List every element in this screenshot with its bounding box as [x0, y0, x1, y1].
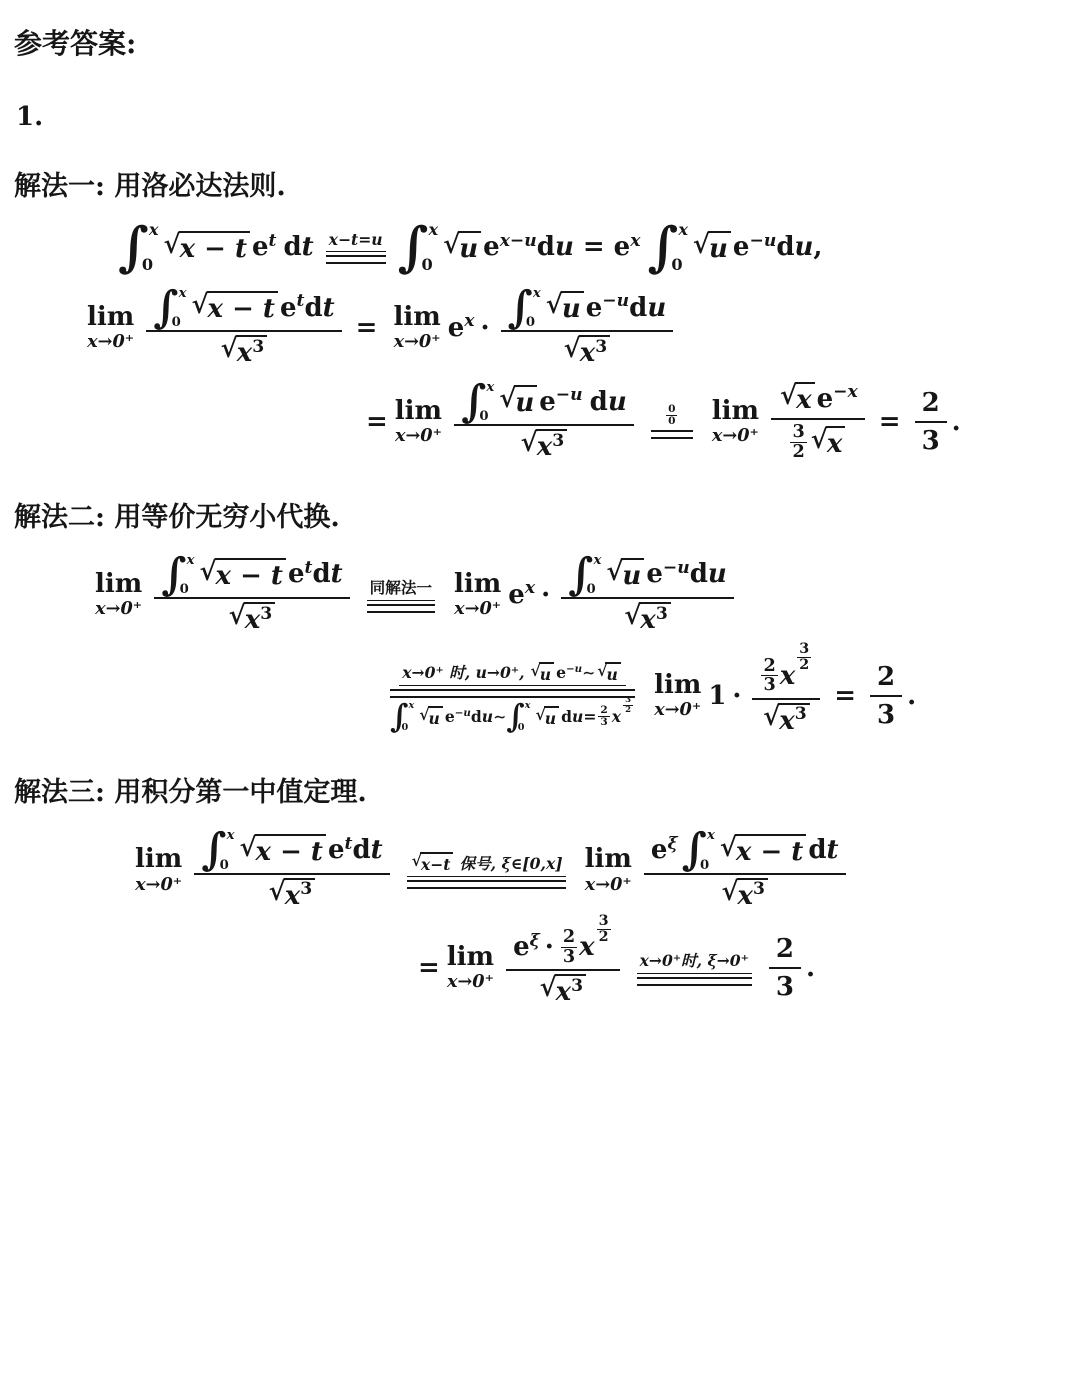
e-power-minus-x: e−x	[817, 384, 858, 414]
period: .	[907, 681, 916, 711]
radicand-x-cubed: x3	[536, 429, 567, 462]
du: du	[629, 293, 666, 323]
limit-sub: x→0⁺	[87, 333, 134, 352]
radicand: x − t	[179, 231, 250, 264]
sqrt: √x3	[221, 335, 268, 368]
sqrt: √x3	[624, 602, 671, 635]
exponent-three-halves: 32	[795, 642, 813, 673]
equals: =	[418, 953, 440, 983]
formula-m1-line1: ∫x0 √x − t et dt x−t=u ∫x0 √u ex−u du = …	[118, 223, 1080, 271]
du: du	[537, 232, 574, 262]
e-power-minus-u: e−u	[556, 663, 582, 682]
radicand-x-cubed: x3	[737, 878, 768, 911]
fraction: ∫x0√ue−udu √x3	[501, 285, 674, 371]
equals: =	[366, 407, 388, 437]
x-var: x	[780, 661, 796, 691]
exponent-three-halves: 32	[595, 914, 613, 945]
formula-m1-line2: limx→0⁺ ∫x0√x − tetdt √x3 = limx→0⁺ ex ·…	[80, 285, 1080, 371]
sqrt: √x3	[521, 429, 568, 462]
integral: ∫x0	[118, 223, 158, 271]
e-power-t: et	[252, 232, 276, 262]
fraction: eξ·23x32 √x3	[506, 925, 620, 1010]
integral: ∫x0	[568, 555, 601, 594]
cdot: ·	[480, 313, 489, 343]
fraction: √xe−x 32√x	[771, 379, 865, 464]
sqrt: √u	[546, 291, 584, 324]
equivalence-equals: x→0⁺ 时, u→0⁺,√ue−u∼√u ∫x0√ue−udu∼∫x0√udu…	[390, 661, 635, 731]
comma: ,	[813, 232, 822, 262]
sqrt: √x3	[721, 878, 768, 911]
radicand-x-cubed: x3	[236, 335, 267, 368]
integral: ∫x0	[153, 288, 186, 327]
equivalence-label-top: x→0⁺ 时, u→0⁺,√ue−u∼√u	[399, 661, 626, 686]
tilde-operator: ∼	[493, 707, 506, 726]
sqrt: √u	[499, 385, 537, 418]
e-power-minus-u: e−u	[445, 707, 471, 726]
e-power-t: et	[280, 293, 304, 323]
du: du	[776, 232, 813, 262]
double-rule	[407, 880, 566, 889]
sqrt: √x	[811, 426, 846, 459]
limit: limx→0⁺	[393, 304, 440, 352]
e-power-xi: eξ	[651, 835, 678, 865]
page-title: 参考答案:	[14, 22, 1080, 62]
two-thirds: 23	[598, 705, 609, 728]
limit: limx→0⁺	[135, 846, 182, 894]
e-power-minus-u: e−u	[586, 293, 629, 323]
double-rule	[651, 430, 693, 439]
sign-preserving-equals: √x−t保号, ξ∈[0,x]	[407, 852, 566, 889]
fraction: ∫x0√x − tetdt √x3	[154, 552, 349, 638]
limit-passing-equals: x→0⁺时, ξ→0⁺	[637, 949, 752, 986]
du: du	[590, 387, 627, 417]
equals: =	[583, 232, 605, 262]
e-power-minus-u: e−u	[733, 232, 776, 262]
integral: ∫x0	[390, 702, 414, 731]
e-power-xi: eξ	[513, 932, 540, 962]
sqrt: √u	[597, 662, 621, 683]
fraction: ∫x0√x − tetdt √x3	[146, 285, 341, 371]
sqrt: √x−t	[412, 852, 454, 873]
fraction: ∫x0√x − tetdt √x3	[194, 827, 389, 913]
cdot: ·	[732, 681, 741, 711]
mini-fraction: 00	[666, 404, 677, 427]
sqrt: √u	[419, 706, 443, 727]
du: du	[561, 707, 583, 726]
dt: dt	[312, 559, 342, 589]
sqrt: √u	[443, 231, 481, 264]
integral: ∫x0	[647, 223, 687, 271]
sqrt: √u	[536, 706, 560, 727]
same-as-method1-label: 同解法一	[367, 576, 435, 601]
radicand-x-cubed: x3	[244, 602, 275, 635]
fraction: 23x32 √x3	[752, 654, 820, 739]
dt: dt	[283, 232, 313, 262]
e-power-minus-u: e−u	[646, 559, 689, 589]
equals: =	[879, 407, 901, 437]
sign-preserving-label: √x−t保号, ξ∈[0,x]	[407, 852, 566, 877]
sqrt: √x3	[269, 878, 316, 911]
formula-m3-line2: = limx→0⁺ eξ·23x32 √x3 x→0⁺时, ξ→0⁺ 23 .	[418, 925, 1080, 1010]
period: .	[952, 407, 961, 437]
two-thirds: 23	[761, 657, 777, 695]
fraction: ∫x0√ue−udu √x3	[561, 552, 734, 638]
integral: ∫x0	[508, 288, 541, 327]
tilde-operator: ∼	[582, 663, 595, 682]
limit: limx→0⁺	[654, 672, 701, 720]
sqrt: √x − t	[199, 558, 286, 591]
exponent-three-halves: 32	[621, 696, 635, 715]
radicand-x-cubed: x3	[579, 335, 610, 368]
radicand-x-cubed: x3	[284, 878, 315, 911]
e-power-x: ex	[508, 580, 535, 610]
dt: dt	[304, 293, 334, 323]
sqrt: √x − t	[163, 231, 250, 264]
radicand-x-cubed: x3	[555, 974, 586, 1007]
integral-lower: 0	[142, 257, 159, 273]
double-rule	[326, 255, 386, 264]
double-rule	[637, 977, 752, 986]
fraction-two-thirds: 23	[870, 659, 902, 733]
integral: ∫x0	[201, 830, 234, 869]
same-as-method1-equals: 同解法一	[367, 576, 435, 613]
zero-over-zero-label: 00	[661, 404, 682, 427]
sqrt: √x3	[229, 602, 276, 635]
sqrt: √x3	[763, 703, 810, 736]
sqrt: √u	[606, 558, 644, 591]
sqrt: √u	[693, 231, 731, 264]
sqrt: √x3	[564, 335, 611, 368]
x-var: x	[579, 932, 595, 962]
integral: ∫x0	[161, 555, 194, 594]
limit: limx→0⁺	[95, 571, 142, 619]
sqrt: √x − t	[239, 834, 326, 867]
heading-method-1: 解法一: 用洛必达法则.	[14, 164, 1080, 203]
limit-passing-label: x→0⁺时, ξ→0⁺	[637, 949, 752, 974]
fraction-two-thirds: 23	[915, 385, 947, 459]
limit: limx→0⁺	[712, 398, 759, 446]
limit: limx→0⁺	[454, 571, 501, 619]
equivalence-label-bottom: ∫x0√ue−udu∼∫x0√udu=23x32	[390, 702, 635, 731]
e-power-minus-u: e−u	[539, 387, 582, 417]
equals: =	[583, 707, 596, 726]
fraction: ∫x0√ue−udu √x3	[454, 379, 634, 465]
du: du	[690, 559, 727, 589]
x-var: x	[612, 707, 621, 726]
sqrt: √u	[531, 662, 555, 683]
limit: limx→0⁺	[447, 944, 494, 992]
formula-m2-line1: limx→0⁺ ∫x0√x − tetdt √x3 同解法一 limx→0⁺ e…	[88, 552, 1080, 638]
e-power-x: ex	[448, 313, 475, 343]
fraction-two-thirds: 23	[769, 931, 801, 1005]
limit: limx→0⁺	[87, 304, 134, 352]
substitution-label: x−t=u	[326, 230, 386, 252]
integral: ∫x0	[398, 223, 438, 271]
du: du	[471, 707, 493, 726]
radicand-x-cubed: x3	[639, 602, 670, 635]
item-number: 1.	[16, 102, 1080, 132]
integral: ∫x0	[682, 830, 715, 869]
fraction: eξ∫x0√x − tdt √x3	[644, 827, 846, 913]
formula-m1-line3: = limx→0⁺ ∫x0√ue−udu √x3 00 limx→0⁺ √xe−…	[366, 379, 1080, 465]
limit: limx→0⁺	[395, 398, 442, 446]
dt: dt	[352, 835, 382, 865]
substitution-equals: x−t=u	[326, 230, 386, 264]
sqrt: √x	[780, 382, 815, 415]
sqrt: √x − t	[720, 834, 807, 867]
integral: ∫x0	[461, 382, 494, 421]
e-power-x: ex	[614, 232, 641, 262]
three-halves: 32	[790, 423, 806, 461]
e-power-t: et	[328, 835, 352, 865]
period: .	[806, 953, 815, 983]
double-rule	[367, 604, 435, 613]
equals: =	[834, 681, 856, 711]
integral: ∫x0	[506, 702, 530, 731]
dt: dt	[808, 835, 838, 865]
two-thirds: 23	[561, 928, 577, 966]
e-power-x-minus-u: ex−u	[483, 232, 537, 262]
formula-m3-line1: limx→0⁺ ∫x0√x − tetdt √x3 √x−t保号, ξ∈[0,x…	[128, 827, 1080, 913]
integral-upper: x	[149, 222, 159, 238]
heading-method-3: 解法三: 用积分第一中值定理.	[14, 770, 1080, 809]
limit: limx→0⁺	[585, 846, 632, 894]
e-power-t: et	[288, 559, 312, 589]
zero-over-zero-equals: 00	[651, 404, 693, 439]
radicand-x-cubed: x3	[778, 703, 809, 736]
sqrt: √x − t	[191, 291, 278, 324]
equals: =	[356, 313, 378, 343]
one: 1	[708, 681, 726, 711]
heading-method-2: 解法二: 用等价无穷小代换.	[14, 495, 1080, 534]
sqrt: √x3	[540, 974, 587, 1007]
cdot: ·	[541, 580, 550, 610]
formula-m2-line2: x→0⁺ 时, u→0⁺,√ue−u∼√u ∫x0√ue−udu∼∫x0√udu…	[378, 654, 1080, 739]
cdot: ·	[545, 932, 554, 962]
